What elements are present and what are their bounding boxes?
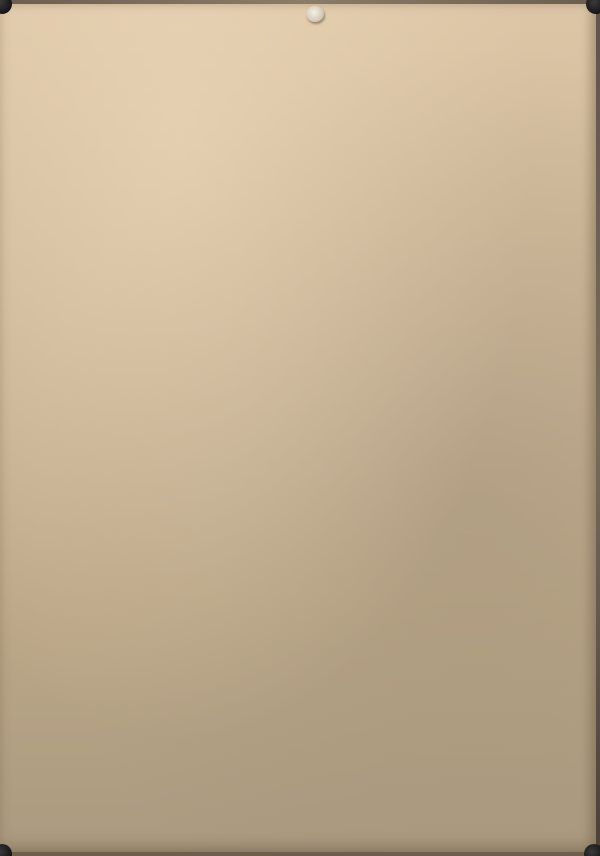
blank-paper-sheet bbox=[0, 4, 596, 852]
pushpin-icon bbox=[306, 6, 324, 22]
corner-clip-bottom-right bbox=[584, 844, 600, 856]
